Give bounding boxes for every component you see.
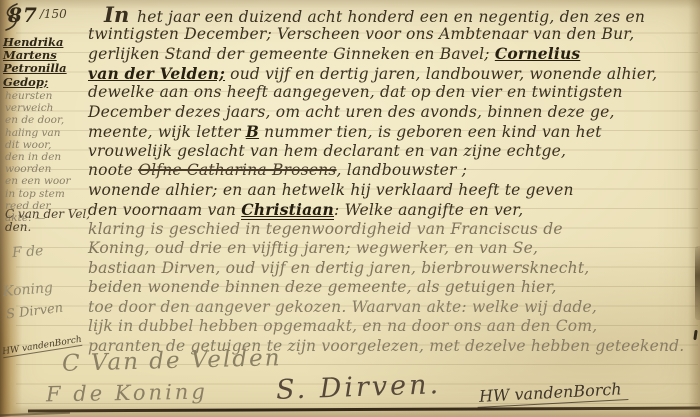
body-line: In het jaar een duizend acht honderd een… bbox=[88, 5, 696, 25]
margin-note-line: heursten bbox=[5, 90, 71, 102]
body-line: bastiaan Dirven, oud vijf en dertig jare… bbox=[88, 259, 696, 279]
signature-witness1: F de Koning bbox=[46, 380, 208, 407]
body-line: beiden wonende binnen deze gemeente, als… bbox=[88, 278, 696, 298]
page-edge-shadow bbox=[695, 246, 700, 320]
margin-note-line: woorden bbox=[5, 163, 71, 175]
body-line: dewelke aan ons heeft aangegeven, dat op… bbox=[88, 83, 696, 103]
act-body-text: In het jaar een duizend acht honderd een… bbox=[88, 5, 696, 356]
margin-signature-witness1-initials: F de bbox=[11, 243, 43, 261]
margin-note-line: verweich bbox=[5, 102, 71, 114]
body-line: Koning, oud drie en vijftig jaren; wegwe… bbox=[88, 239, 696, 259]
margin-signature-declarant: C van der Vel, den. bbox=[5, 208, 90, 233]
signature-declarant: C Van de Velden bbox=[62, 345, 282, 377]
body-line: noote Olfne Catharina Brosens, landbouws… bbox=[88, 161, 696, 181]
margin-correction-note: heursten verweich en de door, haling van… bbox=[5, 90, 71, 224]
body-line: den voornaam van Christiaan: Welke aangi… bbox=[88, 200, 696, 220]
margin-note-line: en een woor bbox=[5, 175, 71, 187]
body-line: van der Velden; oud vijf en dertig jaren… bbox=[88, 64, 696, 84]
margin-signature-witness2: S Dirven bbox=[5, 301, 64, 323]
body-line: toe door den aangever gekozen. Waarvan a… bbox=[88, 298, 696, 318]
margin-signature-witness1-surname: Koning bbox=[2, 280, 53, 300]
body-line: klaring is geschied in tegenwoordigheid … bbox=[88, 220, 696, 240]
margin-note-line: en de door, bbox=[5, 114, 71, 126]
body-line: wonende alhier; en aan hetwelk hij verkl… bbox=[88, 181, 696, 201]
margin-note-line: den in den bbox=[5, 151, 71, 163]
body-line: gerlijken Stand der gemeente Ginneken en… bbox=[88, 44, 696, 64]
ink-mark bbox=[693, 330, 697, 340]
signature-registrar: HW vandenBorch bbox=[477, 379, 629, 408]
bottom-frame-rule-left bbox=[0, 412, 70, 416]
margin-name-line: Petronilla bbox=[3, 62, 67, 75]
margin-note-line: dit woor, bbox=[5, 139, 71, 151]
bottom-frame-rule bbox=[28, 407, 700, 412]
signature-witness2: S. Dirven. bbox=[276, 369, 442, 406]
act-number: 87/150 bbox=[8, 3, 67, 27]
body-line: meente, wijk letter B nummer tien, is ge… bbox=[88, 122, 696, 142]
margin-signature-text: den. bbox=[5, 221, 90, 234]
folio-number: /150 bbox=[40, 7, 67, 21]
body-line: vrouwelijk geslacht van hem declarant en… bbox=[88, 142, 696, 162]
body-line: twintigsten December; Verscheen voor ons… bbox=[88, 25, 696, 45]
act-number-value: 87 bbox=[8, 3, 38, 27]
margin-signature-text: C van der Vel, bbox=[5, 208, 90, 221]
margin-inserted-names: Hendrika Martens Petronilla Gedop; bbox=[3, 36, 67, 89]
margin-name-line: Gedop; bbox=[3, 76, 67, 89]
margin-note-line: haling van bbox=[5, 127, 71, 139]
body-line: December dezes jaars, om acht uren des a… bbox=[88, 103, 696, 123]
margin-note-line: in top stem bbox=[5, 188, 71, 200]
register-page-scan: 87/150 Hendrika Martens Petronilla Gedop… bbox=[0, 0, 700, 417]
body-line: lijk in dubbel hebben opgemaakt, en na d… bbox=[88, 317, 696, 337]
